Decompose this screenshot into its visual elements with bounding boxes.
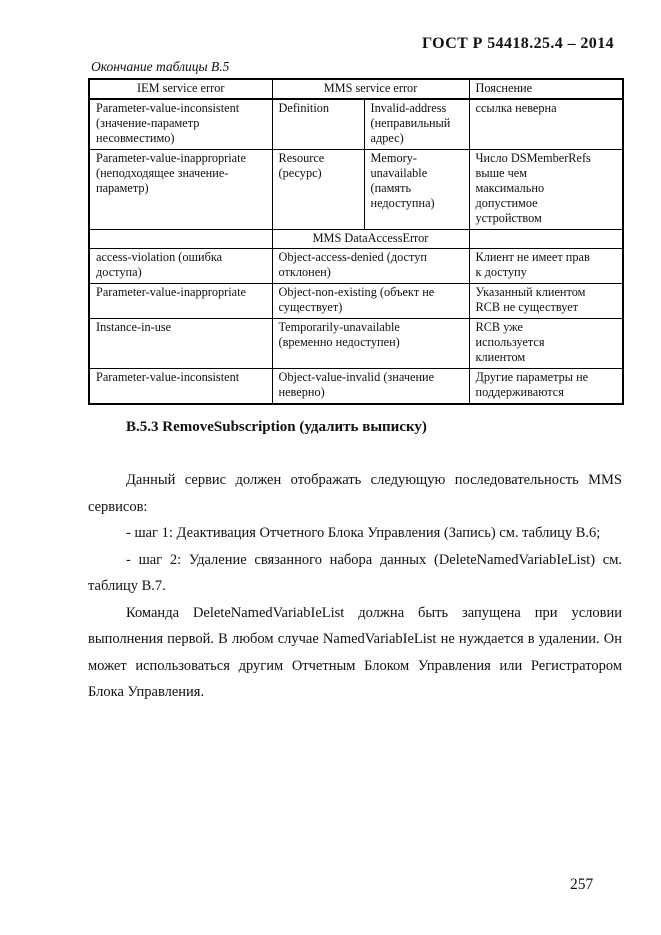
- table-cell: Invalid-address (неправильный адрес): [364, 99, 469, 150]
- body-paragraph: Данный сервис должен отображать следующу…: [88, 467, 622, 520]
- table-row: Parameter-value-inconsistent (значение-п…: [89, 99, 623, 150]
- body-paragraph: Команда DeleteNamedVariabIeList должна б…: [88, 600, 622, 706]
- table-cell: Temporarily-unavailable (временно недост…: [272, 319, 469, 369]
- table-cell: access-violation (ошибка доступа): [89, 249, 272, 284]
- table-cell: Число DSMemberRefs выше чем максимально …: [469, 150, 623, 230]
- page-content: IEM service error MMS service error Пояс…: [88, 78, 622, 706]
- document-page: ГОСТ Р 54418.25.4 – 2014 Окончание табли…: [0, 0, 661, 935]
- table-cell: Клиент не имеет прав к доступу: [469, 249, 623, 284]
- doc-header: ГОСТ Р 54418.25.4 – 2014: [422, 35, 614, 53]
- table-cell: Parameter-value-inappropriate: [89, 284, 272, 319]
- table-cell: Memory- unavailable (память недоступна): [364, 150, 469, 230]
- table-row: Parameter-value-inappropriate Object-non…: [89, 284, 623, 319]
- table-row: Instance-in-use Temporarily-unavailable …: [89, 319, 623, 369]
- table-cell: ссылка неверна: [469, 99, 623, 150]
- body-paragraph: - шаг 1: Деактивация Отчетного Блока Упр…: [88, 520, 622, 547]
- table-cell: Указанный клиентом RCB не существует: [469, 284, 623, 319]
- table-cell: Другие параметры не поддерживаются: [469, 369, 623, 405]
- table-header-row: IEM service error MMS service error Пояс…: [89, 79, 623, 99]
- subheader-cell: MMS DataAccessError: [272, 230, 469, 249]
- table-cell: Parameter-value-inappropriate (неподходя…: [89, 150, 272, 230]
- error-mapping-table: IEM service error MMS service error Пояс…: [88, 78, 624, 405]
- table-cell: Resource (ресурс): [272, 150, 364, 230]
- table-cell: RCB уже используется клиентом: [469, 319, 623, 369]
- table-caption: Окончание таблицы В.5: [91, 59, 229, 75]
- table-row: access-violation (ошибка доступа) Object…: [89, 249, 623, 284]
- note-header-cell: Пояснение: [469, 79, 623, 99]
- table-subheader-row: MMS DataAccessError: [89, 230, 623, 249]
- table-cell: Parameter-value-inconsistent: [89, 369, 272, 405]
- table-row: Parameter-value-inconsistent Object-valu…: [89, 369, 623, 405]
- iem-header-cell: IEM service error: [89, 79, 272, 99]
- body-paragraph: - шаг 2: Удаление связанного набора данн…: [88, 547, 622, 600]
- page-number: 257: [570, 876, 593, 894]
- table-cell: Parameter-value-inconsistent (значение-п…: [89, 99, 272, 150]
- mms-header-cell: MMS service error: [272, 79, 469, 99]
- empty-cell: [89, 230, 272, 249]
- empty-cell: [469, 230, 623, 249]
- table-cell: Object-non-existing (объект не существуе…: [272, 284, 469, 319]
- table-row: Parameter-value-inappropriate (неподходя…: [89, 150, 623, 230]
- table-cell: Object-access-denied (доступ отклонен): [272, 249, 469, 284]
- section-body: Данный сервис должен отображать следующу…: [88, 467, 622, 706]
- table-cell: Object-value-invalid (значение неверно): [272, 369, 469, 405]
- table-cell: Definition: [272, 99, 364, 150]
- table-cell: Instance-in-use: [89, 319, 272, 369]
- section-heading: В.5.3 RemoveSubscription (удалить выписк…: [126, 419, 622, 436]
